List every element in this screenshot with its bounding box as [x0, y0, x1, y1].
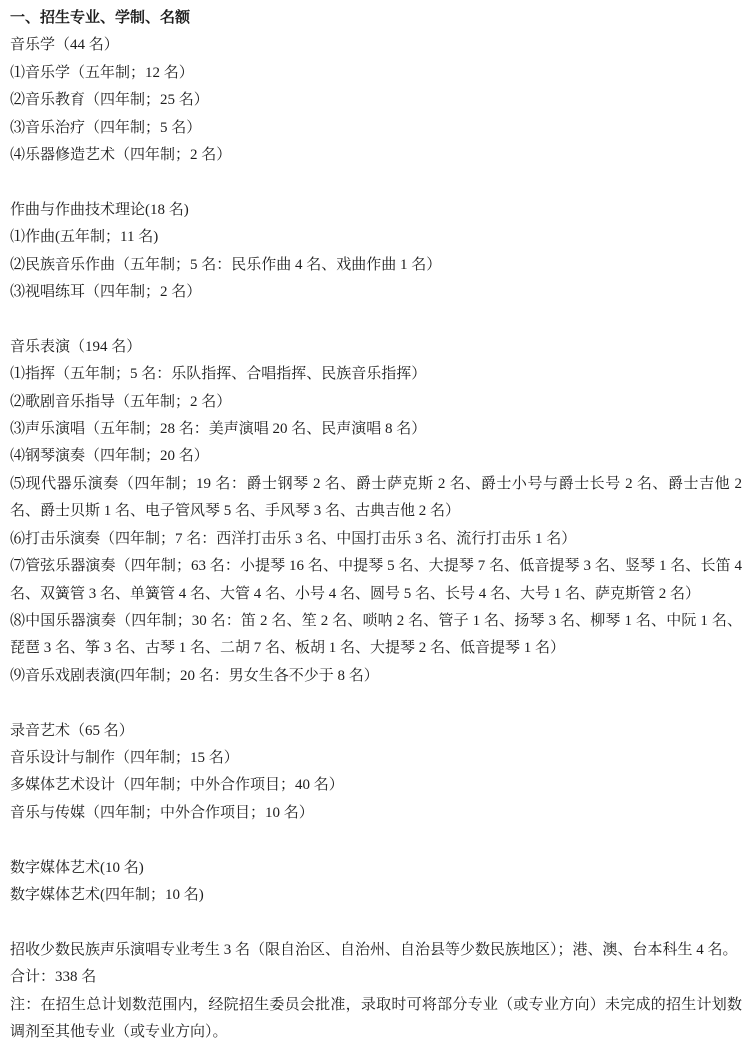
- doc-line: ⑶声乐演唱（五年制；28 名：美声演唱 20 名、民声演唱 8 名）: [10, 416, 742, 443]
- section-composition: 作曲与作曲技术理论(18 名) ⑴作曲(五年制；11 名) ⑵民族音乐作曲（五年…: [10, 197, 742, 307]
- blank-line: [10, 827, 742, 854]
- minority-admission-line: 招收少数民族声乐演唱专业考生 3 名（限自治区、自治州、自治县等少数民族地区）；…: [10, 937, 742, 964]
- section-musicology: 音乐学（44 名） ⑴音乐学（五年制；12 名） ⑵音乐教育（四年制；25 名）…: [10, 32, 742, 169]
- doc-line: ⑶音乐治疗（四年制；5 名）: [10, 115, 742, 142]
- blank-line: [10, 909, 742, 936]
- doc-line: 数字媒体艺术(10 名): [10, 855, 742, 882]
- doc-line: 录音艺术（65 名）: [10, 718, 742, 745]
- doc-line: ⑶视唱练耳（四年制；2 名）: [10, 279, 742, 306]
- blank-line: [10, 690, 742, 717]
- doc-line: ⑵民族音乐作曲（五年制；5 名：民乐作曲 4 名、戏曲作曲 1 名）: [10, 252, 742, 279]
- doc-line: ⑴指挥（五年制；5 名：乐队指挥、合唱指挥、民族音乐指挥）: [10, 361, 742, 388]
- section-digital-media-art: 数字媒体艺术(10 名) 数字媒体艺术(四年制；10 名): [10, 855, 742, 910]
- section-music-performance: 音乐表演（194 名） ⑴指挥（五年制；5 名：乐队指挥、合唱指挥、民族音乐指挥…: [10, 334, 742, 690]
- doc-line: 音乐表演（194 名）: [10, 334, 742, 361]
- doc-line: 音乐与传媒（四年制；中外合作项目；10 名）: [10, 800, 742, 827]
- total-count-line: 合计：338 名: [10, 964, 742, 991]
- document-page: 一、招生专业、学制、名额 音乐学（44 名） ⑴音乐学（五年制；12 名） ⑵音…: [0, 0, 750, 1059]
- doc-line: ⑻中国乐器演奏（四年制；30 名：笛 2 名、笙 2 名、唢呐 2 名、管子 1…: [10, 608, 742, 663]
- doc-line: 数字媒体艺术(四年制；10 名): [10, 882, 742, 909]
- doc-line: ⑵歌剧音乐指导（五年制；2 名）: [10, 389, 742, 416]
- document-heading: 一、招生专业、学制、名额: [10, 5, 742, 32]
- doc-line: ⑼音乐戏剧表演(四年制；20 名：男女生各不少于 8 名）: [10, 663, 742, 690]
- doc-line: ⑸现代器乐演奏（四年制；19 名：爵士钢琴 2 名、爵士萨克斯 2 名、爵士小号…: [10, 471, 742, 526]
- doc-line: ⑺管弦乐器演奏（四年制；63 名：小提琴 16 名、中提琴 5 名、大提琴 7 …: [10, 553, 742, 608]
- doc-line: ⑷乐器修造艺术（四年制；2 名）: [10, 142, 742, 169]
- doc-line: ⑴作曲(五年制；11 名): [10, 224, 742, 251]
- doc-line: ⑹打击乐演奏（四年制；7 名：西洋打击乐 3 名、中国打击乐 3 名、流行打击乐…: [10, 526, 742, 553]
- doc-line: ⑵音乐教育（四年制；25 名）: [10, 87, 742, 114]
- note-line: 注：在招生总计划数范围内，经院招生委员会批准，录取时可将部分专业（或专业方向）未…: [10, 992, 742, 1047]
- doc-line: 多媒体艺术设计（四年制；中外合作项目；40 名）: [10, 772, 742, 799]
- doc-line: 音乐学（44 名）: [10, 32, 742, 59]
- section-summary-and-notes: 招收少数民族声乐演唱专业考生 3 名（限自治区、自治州、自治县等少数民族地区）；…: [10, 937, 742, 1047]
- blank-line: [10, 306, 742, 333]
- blank-line: [10, 169, 742, 196]
- doc-line: 作曲与作曲技术理论(18 名): [10, 197, 742, 224]
- doc-line: ⑷钢琴演奏（四年制；20 名）: [10, 443, 742, 470]
- doc-line: 音乐设计与制作（四年制；15 名）: [10, 745, 742, 772]
- doc-line: ⑴音乐学（五年制；12 名）: [10, 60, 742, 87]
- section-recording-arts: 录音艺术（65 名） 音乐设计与制作（四年制；15 名） 多媒体艺术设计（四年制…: [10, 718, 742, 828]
